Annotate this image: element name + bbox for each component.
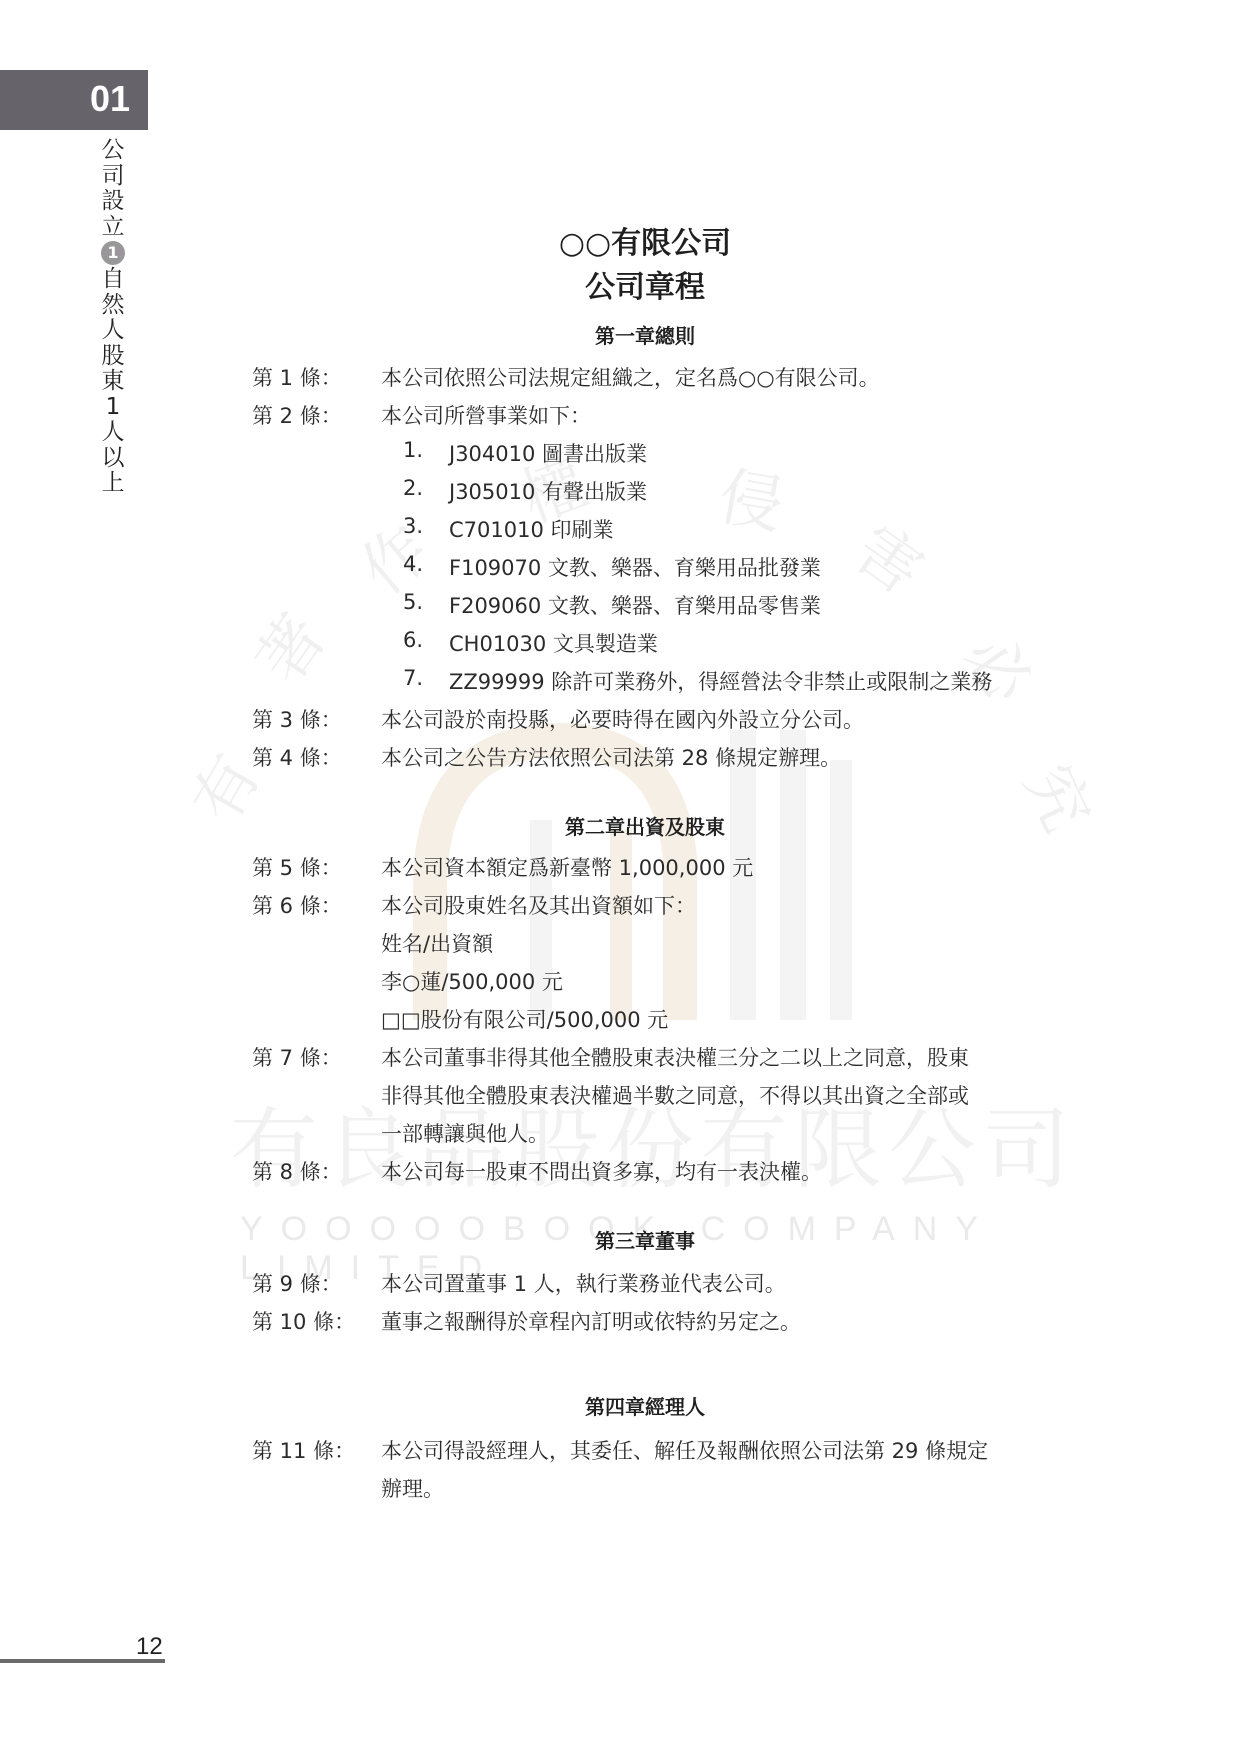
list-item-text: ZZ99999 除許可業務外，得經營法令非禁止或限制之業務 xyxy=(449,666,992,696)
list-item-text: J304010 圖書出版業 xyxy=(449,438,647,468)
list-item-number: 1. xyxy=(403,438,423,462)
article-text: 本公司董事非得其他全體股東表決權三分之二以上之同意，股東 xyxy=(381,1042,969,1072)
article-text: 姓名/出資額 xyxy=(381,928,493,958)
article-label: 第 8 條： xyxy=(252,1156,342,1186)
article-label: 第 7 條： xyxy=(252,1042,342,1072)
article-text: □□股份有限公司/500,000 元 xyxy=(381,1004,668,1034)
side-title-char: 東 xyxy=(98,369,128,395)
side-title-char: 設 xyxy=(98,189,128,215)
article-text: 本公司股東姓名及其出資額如下： xyxy=(381,890,696,920)
chapter-heading: 第二章出資及股東 xyxy=(0,811,1240,840)
list-item-text: CH01030 文具製造業 xyxy=(449,628,658,658)
list-item-text: F209060 文教、樂器、育樂用品零售業 xyxy=(449,590,821,620)
article-text: 李○蓮/500,000 元 xyxy=(381,966,563,996)
article-text: 一部轉讓與他人。 xyxy=(381,1118,549,1148)
article-label: 第 1 條： xyxy=(252,362,342,392)
article-label: 第 4 條： xyxy=(252,742,342,772)
list-item-number: 7. xyxy=(403,666,423,690)
watermark-char: 害 xyxy=(839,500,944,612)
article-text: 本公司資本額定爲新臺幣 1,000,000 元 xyxy=(381,852,753,882)
article-text: 董事之報酬得於章程內訂明或依特約另定之。 xyxy=(381,1306,801,1336)
side-title: 公 司 設 立 1 自 然 人 股 東 1 人 以 上 xyxy=(98,138,128,497)
article-text: 本公司所營事業如下： xyxy=(381,400,591,430)
article-text: 本公司每一股東不問出資多寡，均有一表決權。 xyxy=(381,1156,822,1186)
article-text: 本公司之公告方法依照公司法第 28 條規定辦理。 xyxy=(381,742,841,772)
chapter-number: 01 xyxy=(90,78,130,120)
list-item-number: 4. xyxy=(403,552,423,576)
document-title: 公司章程 xyxy=(0,262,1240,306)
side-title-char: 上 xyxy=(98,471,128,497)
chapter-heading: 第一章總則 xyxy=(0,320,1240,349)
watermark-char: 著 xyxy=(231,593,343,698)
article-label: 第 6 條： xyxy=(252,890,342,920)
page-number: 12 xyxy=(136,1633,163,1661)
side-title-char: 公 xyxy=(98,138,128,164)
list-item-text: J305010 有聲出版業 xyxy=(449,476,647,506)
side-title-char: 以 xyxy=(98,446,128,472)
article-text: 辦理。 xyxy=(381,1473,444,1503)
list-item-text: F109070 文教、樂器、育樂用品批發業 xyxy=(449,552,821,582)
chapter-heading: 第四章經理人 xyxy=(0,1391,1240,1420)
list-item-number: 6. xyxy=(403,628,423,652)
article-text: 非得其他全體股東表決權過半數之同意，不得以其出資之全部或 xyxy=(381,1080,969,1110)
company-name: ○○有限公司 xyxy=(0,218,1240,262)
side-title-char: 司 xyxy=(98,164,128,190)
list-item-number: 3. xyxy=(403,514,423,538)
list-item-number: 2. xyxy=(403,476,423,500)
list-item-number: 5. xyxy=(403,590,423,614)
article-label: 第 10 條： xyxy=(252,1306,355,1336)
article-text: 本公司置董事 1 人，執行業務並代表公司。 xyxy=(381,1268,786,1298)
article-label: 第 2 條： xyxy=(252,400,342,430)
chapter-heading: 第三章董事 xyxy=(0,1225,1240,1254)
side-title-char: 人 xyxy=(98,420,128,446)
chapter-tab: 01 xyxy=(0,70,148,130)
list-item-text: C701010 印刷業 xyxy=(449,514,614,544)
footer-rule xyxy=(0,1659,165,1663)
article-text: 本公司得設經理人，其委任、解任及報酬依照公司法第 29 條規定 xyxy=(381,1435,988,1465)
watermark-char: 侵 xyxy=(712,445,791,547)
article-label: 第 5 條： xyxy=(252,852,342,882)
article-label: 第 3 條： xyxy=(252,704,342,734)
watermark-char: 作 xyxy=(338,500,446,612)
article-text: 本公司依照公司法規定組織之，定名爲○○有限公司。 xyxy=(381,362,880,392)
article-label: 第 11 條： xyxy=(252,1435,355,1465)
article-label: 第 9 條： xyxy=(252,1268,342,1298)
article-text: 本公司設於南投縣，必要時得在國內外設立分公司。 xyxy=(381,704,864,734)
side-title-char: 1 xyxy=(98,395,128,421)
